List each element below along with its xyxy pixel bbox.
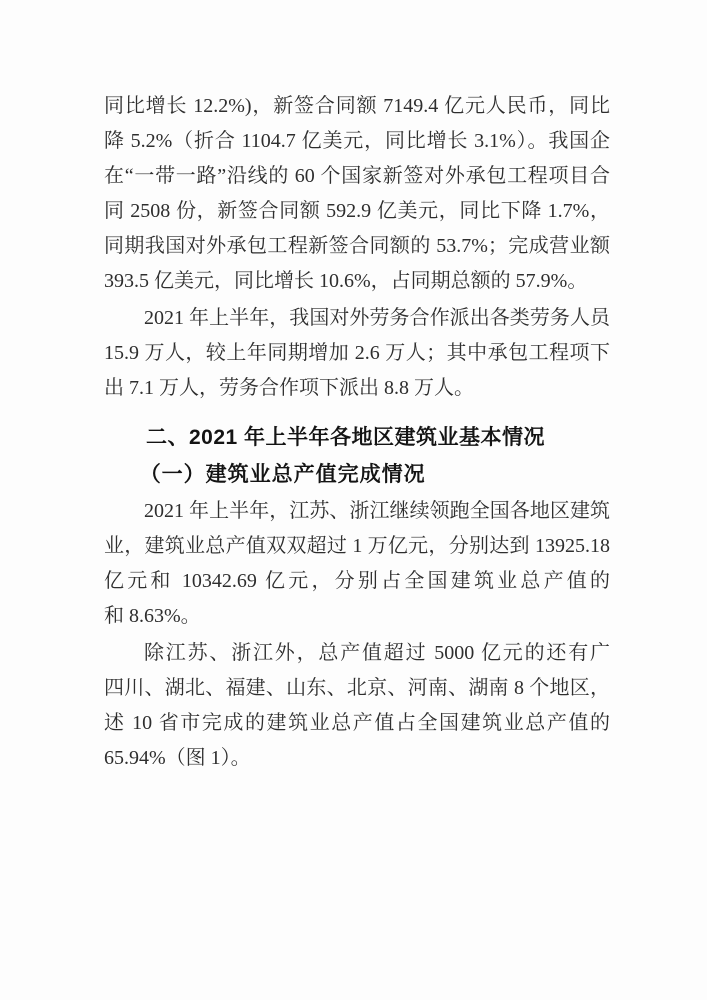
text-line: 65.94%（图 1）。 xyxy=(104,741,610,776)
paragraph: 2021 年上半年，我国对外劳务合作派出各类劳务人员15.9 万人，较上年同期增… xyxy=(104,301,610,406)
text-line: 在“一带一路”沿线的 60 个国家新签对外承包工程项目合 xyxy=(104,159,610,194)
text-line: 出 7.1 万人，劳务合作项下派出 8.8 万人。 xyxy=(104,371,610,406)
text-line: 述 10 省市完成的建筑业总产值占全国建筑业总产值的 xyxy=(104,706,610,741)
text-line: 亿元和 10342.69 亿元，分别占全国建筑业总产值的 11.62% xyxy=(104,564,610,599)
text-line: 393.5 亿美元，同比增长 10.6%，占同期总额的 57.9%。 xyxy=(104,264,610,299)
text-line: 降 5.2%（折合 1104.7 亿美元，同比增长 3.1%）。我国企业 xyxy=(104,124,610,159)
text-line: （一）建筑业总产值完成情况 xyxy=(104,457,610,492)
subsection-heading: （一）建筑业总产值完成情况 xyxy=(104,457,610,492)
text-line: 四川、湖北、福建、山东、北京、河南、湖南 8 个地区，上 xyxy=(104,671,610,706)
text-line: 同 2508 份，新签合同额 592.9 亿美元，同比下降 1.7%，占 xyxy=(104,194,610,229)
text-line: 二、2021 年上半年各地区建筑业基本情况 xyxy=(104,420,610,455)
text-line: 业，建筑业总产值双双超过 1 万亿元，分别达到 13925.18 xyxy=(104,529,610,564)
text-line: 同比增长 12.2%)，新签合同额 7149.4 亿元人民币，同比下 xyxy=(104,89,610,124)
paragraph: 2021 年上半年，江苏、浙江继续领跑全国各地区建筑业，建筑业总产值双双超过 1… xyxy=(104,494,610,634)
text-line: 2021 年上半年，江苏、浙江继续领跑全国各地区建筑 xyxy=(104,494,610,529)
document-text: 同比增长 12.2%)，新签合同额 7149.4 亿元人民币，同比下降 5.2%… xyxy=(104,87,610,776)
text-line: 除江苏、浙江外，总产值超过 5000 亿元的还有广东、 xyxy=(104,636,610,671)
text-line: 同期我国对外承包工程新签合同额的 53.7%；完成营业额 xyxy=(104,229,610,264)
paragraph-continuation: 同比增长 12.2%)，新签合同额 7149.4 亿元人民币，同比下降 5.2%… xyxy=(104,89,610,299)
section-heading: 二、2021 年上半年各地区建筑业基本情况 xyxy=(104,420,610,455)
paragraph: 除江苏、浙江外，总产值超过 5000 亿元的还有广东、四川、湖北、福建、山东、北… xyxy=(104,636,610,776)
text-line: 15.9 万人，较上年同期增加 2.6 万人；其中承包工程项下派 xyxy=(104,336,610,371)
text-line: 2021 年上半年，我国对外劳务合作派出各类劳务人员 xyxy=(104,301,610,336)
text-line: 和 8.63%。 xyxy=(104,599,610,634)
document-page: 同比增长 12.2%)，新签合同额 7149.4 亿元人民币，同比下降 5.2%… xyxy=(0,0,707,1000)
